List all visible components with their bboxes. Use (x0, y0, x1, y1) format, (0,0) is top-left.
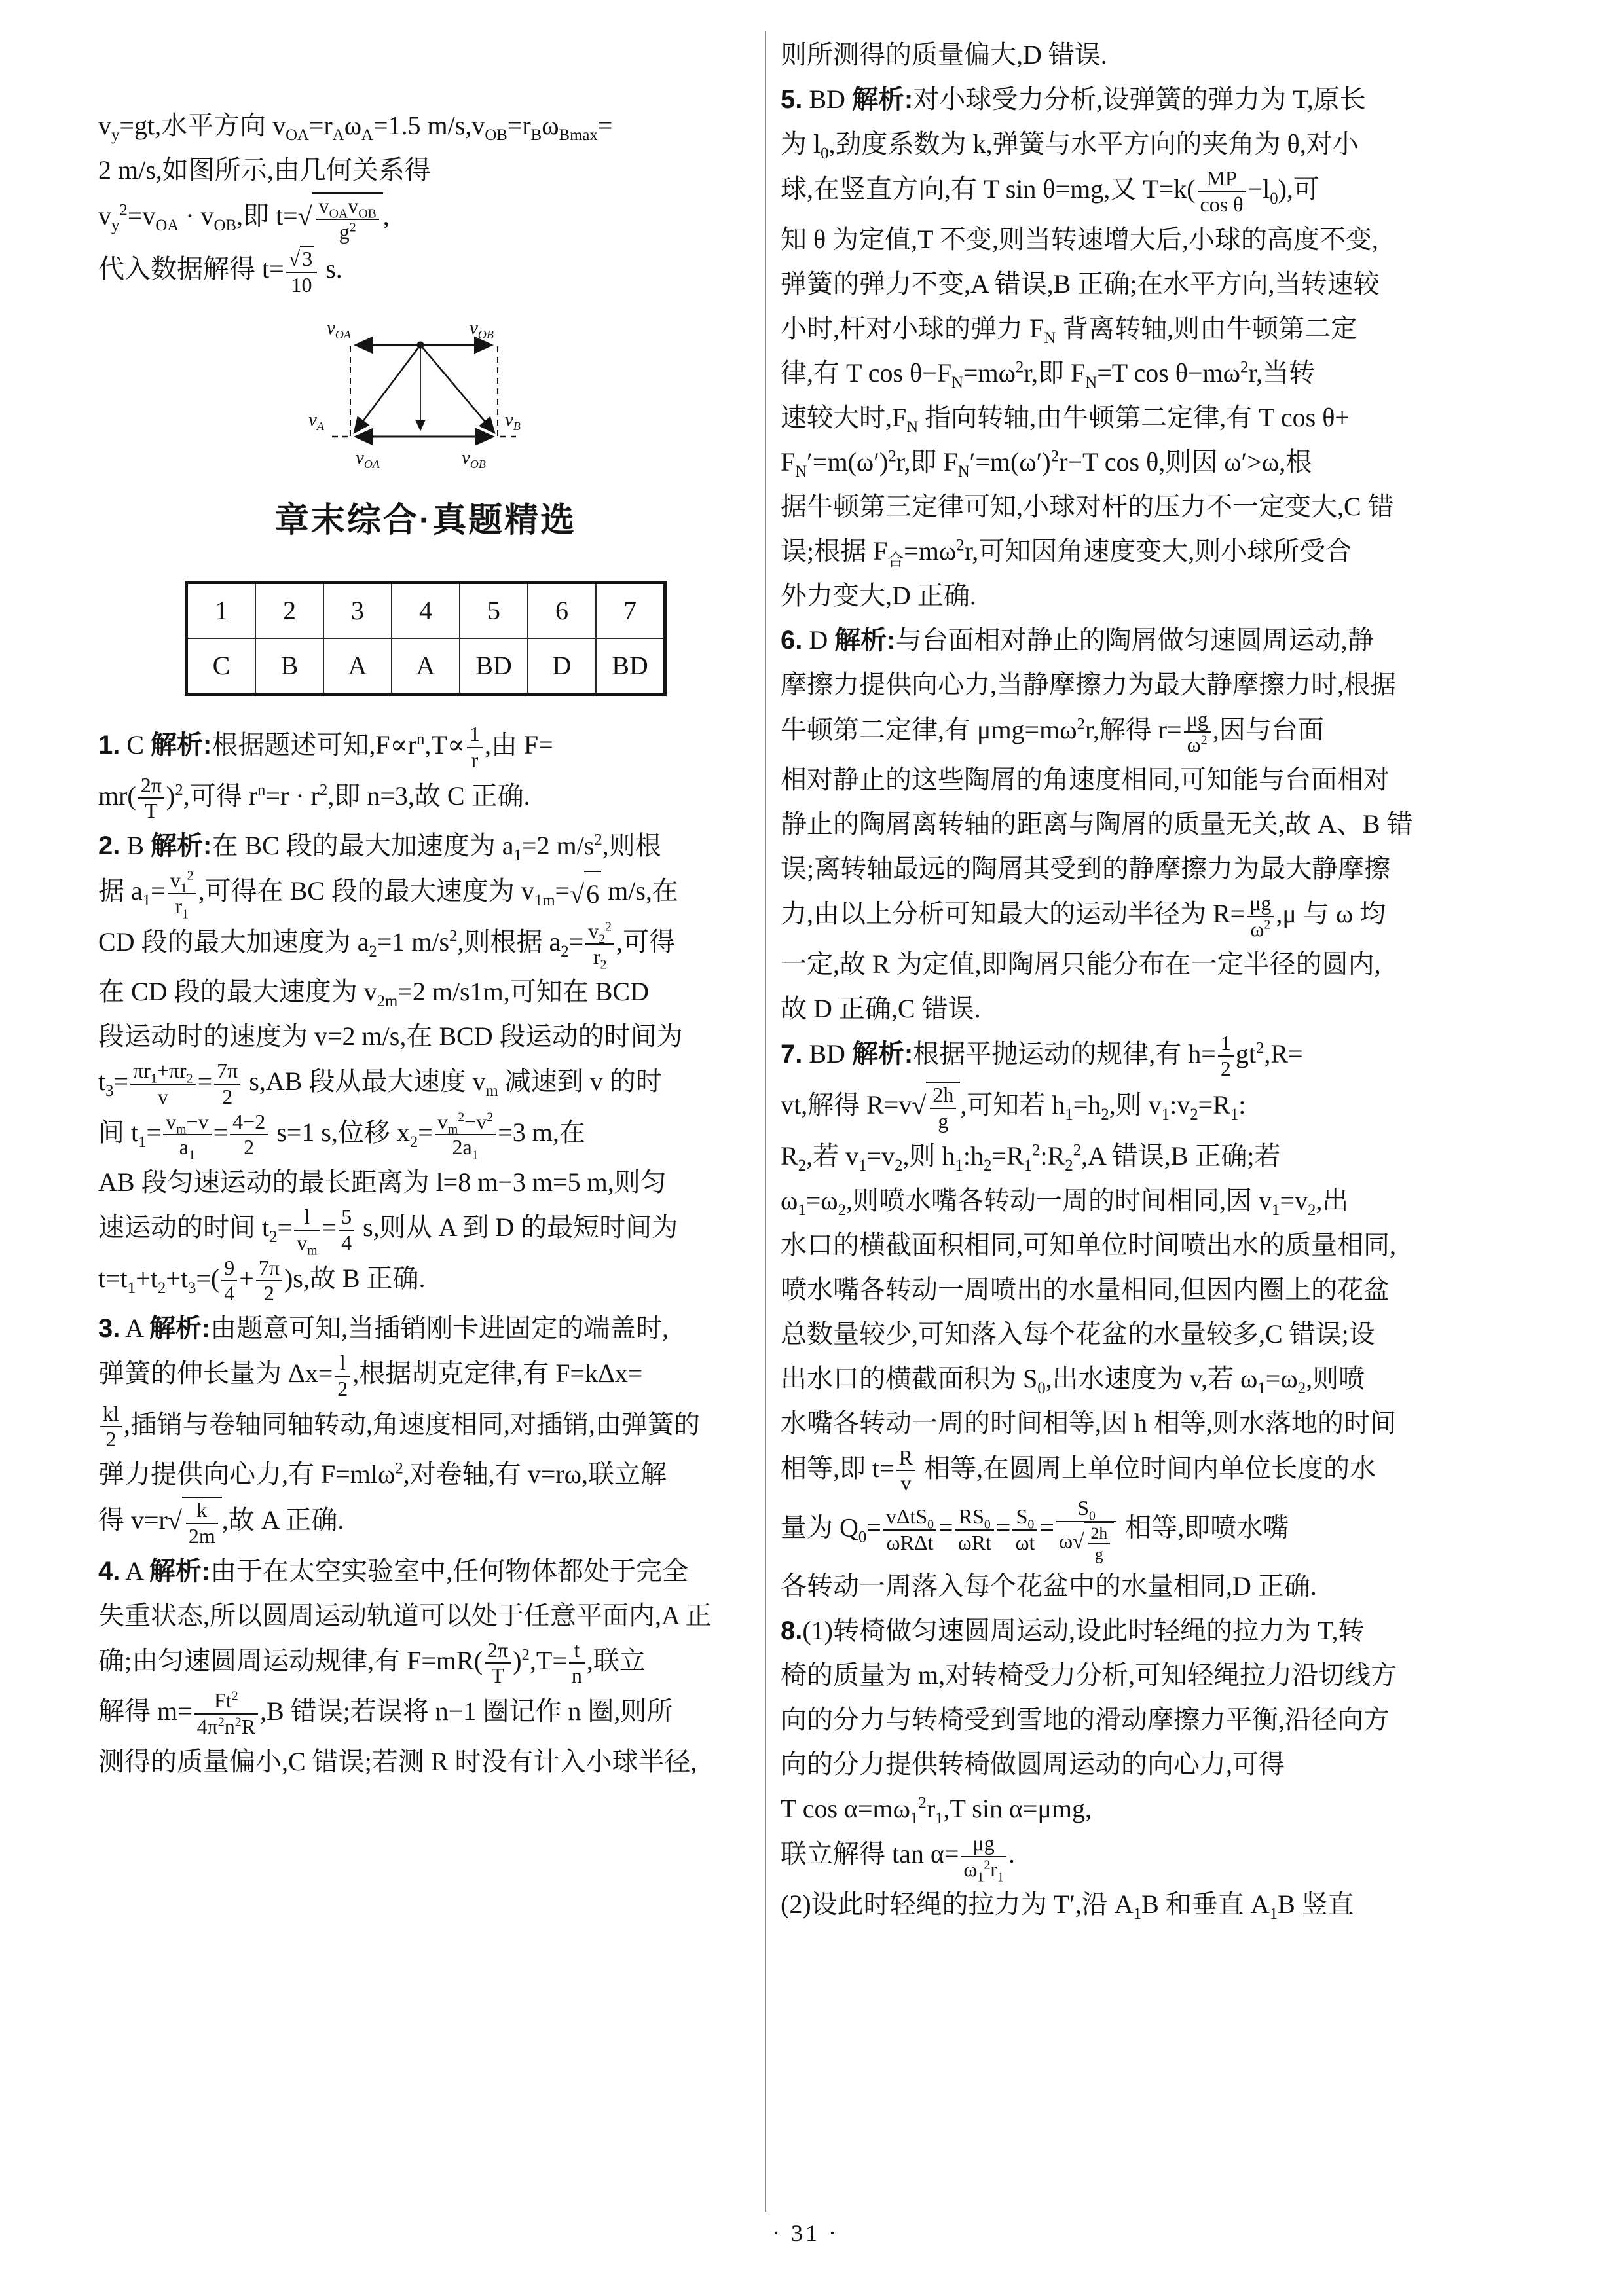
right-column: 则所测得的质量偏大,D 错误.5. BD 解析:对小球受力分析,设弹簧的弹力为 … (781, 33, 1593, 1927)
text-line: (2)设此时轻绳的拉力为 T′,沿 A1B 和垂直 A1B 竖直 (781, 1882, 1593, 1927)
table-cell: BD (596, 638, 665, 695)
text-line: 测得的质量偏小,C 错误;若测 R 时没有计入小球半径, (98, 1740, 753, 1784)
figure-label-vb-side: vB (505, 404, 521, 436)
text-line: 7. BD 解析:根据平抛运动的规律,有 h=12gt2,R= (781, 1031, 1593, 1082)
text-line: 球,在竖直方向,有 T sin θ=mg,又 T=k(MPcos θ−l0),可 (781, 166, 1593, 217)
table-cell: A (392, 638, 460, 695)
figure-label-vob-top: vOB (470, 312, 494, 344)
page-number: · 31 · (701, 2219, 910, 2247)
intro-lines: vy=gt,水平方向 vOA=rAωA=1.5 m/s,vOB=rBωBmax=… (98, 103, 753, 298)
figure-label-va-side: vA (308, 404, 324, 436)
workbook-answer-page: vy=gt,水平方向 vOA=rAωA=1.5 m/s,vOB=rBωBmax=… (0, 0, 1624, 2296)
text-line: vt,解得 R=v√2hg,可知若 h1=h2,则 v1:v2=R1: (781, 1082, 1593, 1134)
text-line: 各转动一周落入每个花盆中的水量相同,D 正确. (781, 1564, 1593, 1609)
section-title: 章末综合·真题精选 (98, 492, 753, 549)
text-line: 相对静止的这些陶屑的角速度相同,可知能与台面相对 (781, 757, 1593, 802)
text-line: 段运动时的速度为 v=2 m/s,在 BCD 段运动的时间为 (98, 1014, 753, 1059)
text-line: ω1=ω2,则喷水嘴各转动一周的时间相同,因 v1=v2,出 (781, 1178, 1593, 1223)
text-line: 据 a1=v12r1,可得在 BC 段的最大速度为 v1m=√6 m/s,在 (98, 868, 753, 919)
table-cell: 3 (323, 583, 392, 639)
figure-label-voa-bottom: vOA (356, 442, 380, 474)
table-cell: C (187, 638, 256, 695)
text-line: 代入数据解得 t=√310 s. (98, 245, 753, 298)
text-line: 弹力提供向心力,有 F=mlω2,对卷轴,有 v=rω,联立解 (98, 1452, 753, 1497)
table-cell: 2 (255, 583, 323, 639)
text-line: 椅的质量为 m,对转椅受力分析,可知轻绳拉力沿切线方 (781, 1653, 1593, 1698)
text-line: R2,若 v1=v2,则 h1:h2=R12:R22,A 错误,B 正确;若 (781, 1134, 1593, 1178)
table-cell: A (323, 638, 392, 695)
text-line: vy=gt,水平方向 vOA=rAωA=1.5 m/s,vOB=rBωBmax= (98, 103, 753, 148)
text-line: 一定,故 R 为定值,即陶屑只能分布在一定半径的圆内, (781, 942, 1593, 987)
text-line: 小时,杆对小球的弹力 FN 背离转轴,则由牛顿第二定 (781, 306, 1593, 351)
text-line: 4. A 解析:由于在太空实验室中,任何物体都处于完全 (98, 1549, 753, 1594)
figure-label-voa-top: vOA (327, 312, 351, 344)
text-line: 摩擦力提供向心力,当静摩擦力为最大静摩擦力时,根据 (781, 663, 1593, 707)
text-line: 律,有 T cos θ−FN=mω2r,即 FN=T cos θ−mω2r,当转 (781, 351, 1593, 395)
text-line: CD 段的最大加速度为 a2=1 m/s2,则根据 a2=v22r2,可得 (98, 919, 753, 970)
text-line: 得 v=r√k2m,故 A 正确. (98, 1497, 753, 1549)
answer-table: 1234567 CBAABDDBD (185, 581, 667, 696)
text-line: 为 l0,劲度系数为 k,弹簧与水平方向的夹角为 θ,对小 (781, 122, 1593, 166)
table-cell: BD (460, 638, 528, 695)
text-line: 弹簧的伸长量为 Δx=l2,根据胡克定律,有 F=kΔx= (98, 1351, 753, 1402)
text-line: 出水口的横截面积为 S0,出水速度为 v,若 ω1=ω2,则喷 (781, 1357, 1593, 1401)
table-cell: D (528, 638, 596, 695)
text-line: vy2=vOA · vOB,即 t=√vOAvOBg2, (98, 192, 753, 245)
text-line: 确;由匀速圆周运动规律,有 F=mR(2πT)2,T=tn,联立 (98, 1638, 753, 1689)
answer-table-answer-row: CBAABDDBD (187, 638, 665, 695)
text-line: 8.(1)转椅做匀速圆周运动,设此时轻绳的拉力为 T,转 (781, 1609, 1593, 1653)
table-cell: 7 (596, 583, 665, 639)
text-line: 失重状态,所以圆周运动轨道可以处于任意平面内,A 正 (98, 1594, 753, 1638)
text-line: 静止的陶屑离转轴的距离与陶屑的质量无关,故 A、B 错 (781, 802, 1593, 847)
text-line: 总数量较少,可知落入每个花盆的水量较多,C 错误;设 (781, 1312, 1593, 1357)
text-line: 间 t1=vm−va1=4−22 s=1 s,位移 x2=vm2−v22a1=3… (98, 1110, 753, 1161)
answer-table-header-row: 1234567 (187, 583, 665, 639)
text-line: 误;离转轴最远的陶屑其受到的静摩擦力为最大静摩擦 (781, 847, 1593, 891)
table-cell: 5 (460, 583, 528, 639)
text-line: 在 CD 段的最大速度为 v2m=2 m/s1m,可知在 BCD (98, 970, 753, 1014)
text-line: 知 θ 为定值,T 不变,则当转速增大后,小球的高度不变, (781, 217, 1593, 262)
left-column: vy=gt,水平方向 vOA=rAωA=1.5 m/s,vOB=rBωBmax=… (98, 103, 753, 1784)
solutions-left: 1. C 解析:根据题述可知,F∝rn,T∝1r,由 F=mr(2πT)2,可得… (98, 722, 753, 1784)
table-cell: 6 (528, 583, 596, 639)
figure-label-vob-bottom: vOB (462, 442, 486, 474)
text-line: 解得 m=Ft24π2n2R,B 错误;若误将 n−1 圈记作 n 圈,则所 (98, 1688, 753, 1740)
table-cell: B (255, 638, 323, 695)
table-cell: 1 (187, 583, 256, 639)
text-line: mr(2πT)2,可得 rn=r · r2,即 n=3,故 C 正确. (98, 773, 753, 824)
text-line: 1. C 解析:根据题述可知,F∝rn,T∝1r,由 F= (98, 722, 753, 773)
text-line: 弹簧的弹力不变,A 错误,B 正确;在水平方向,当转速较 (781, 262, 1593, 306)
text-line: 牛顿第二定律,有 μmg=mω2r,解得 r=μgω2,因与台面 (781, 707, 1593, 758)
text-line: 喷水嘴各转动一周喷出的水量相同,但因内圈上的花盆 (781, 1267, 1593, 1312)
text-line: 故 D 正确,C 错误. (781, 987, 1593, 1031)
column-divider (765, 31, 766, 2212)
text-line: 外力变大,D 正确. (781, 574, 1593, 618)
text-line: 水嘴各转动一周的时间相等,因 h 相等,则水落地的时间 (781, 1401, 1593, 1446)
text-line: 速较大时,FN 指向转轴,由牛顿第二定律,有 T cos θ+ (781, 395, 1593, 440)
text-line: 力,由以上分析可知最大的运动半径为 R=μgω2,μ 与 ω 均 (781, 891, 1593, 942)
text-line: t3=πr1+πr2v=7π2 s,AB 段从最大速度 vm 减速到 v 的时 (98, 1059, 753, 1110)
solutions-right: 则所测得的质量偏大,D 错误.5. BD 解析:对小球受力分析,设弹簧的弹力为 … (781, 33, 1593, 1927)
text-line: 联立解得 tan α=μgω12r1. (781, 1831, 1593, 1882)
text-line: 相等,即 t=Rv 相等,在圆周上单位时间内单位长度的水 (781, 1446, 1593, 1497)
text-line: 5. BD 解析:对小球受力分析,设弹簧的弹力为 T,原长 (781, 77, 1593, 122)
text-line: 据牛顿第三定律可知,小球对杆的压力不一定变大,C 错 (781, 484, 1593, 529)
table-cell: 4 (392, 583, 460, 639)
text-line: 2 m/s,如图所示,由几何关系得 (98, 148, 753, 192)
text-line: 向的分力提供转椅做圆周运动的向心力,可得 (781, 1742, 1593, 1787)
text-line: t=t1+t2+t3=(94+7π2)s,故 B 正确. (98, 1256, 753, 1307)
text-line: 则所测得的质量偏大,D 错误. (781, 33, 1593, 77)
text-line: 3. A 解析:由题意可知,当插销刚卡进固定的端盖时, (98, 1306, 753, 1351)
text-line: 速运动的时间 t2=lvm=54 s,则从 A 到 D 的最短时间为 (98, 1205, 753, 1256)
text-line: 6. D 解析:与台面相对静止的陶屑做匀速圆周运动,静 (781, 618, 1593, 663)
text-line: AB 段匀速运动的最长距离为 l=8 m−3 m=5 m,则匀 (98, 1160, 753, 1205)
text-line: 误;根据 F合=mω2r,可知因角速度变大,则小球所受合 (781, 529, 1593, 574)
text-line: FN′=m(ω′)2r,即 FN′=m(ω′)2r−T cos θ,则因 ω′>… (781, 440, 1593, 484)
text-line: 量为 Q0=vΔtS0ωRΔt=RS0ωRt=S0ωt=S0ω√2hg 相等,即… (781, 1496, 1593, 1564)
velocity-vector-diagram: vOA vOB vA vB vOA vOB (304, 311, 547, 472)
text-line: T cos α=mω12r1,T sin α=μmg, (781, 1787, 1593, 1831)
text-line: 水口的横截面积相同,可知单位时间喷出水的质量相同, (781, 1223, 1593, 1267)
text-line: 2. B 解析:在 BC 段的最大加速度为 a1=2 m/s2,则根 (98, 824, 753, 868)
text-line: 向的分力与转椅受到雪地的滑动摩擦力平衡,沿径向方 (781, 1698, 1593, 1742)
text-line: kl2,插销与卷轴同轴转动,角速度相同,对插销,由弹簧的 (98, 1402, 753, 1453)
